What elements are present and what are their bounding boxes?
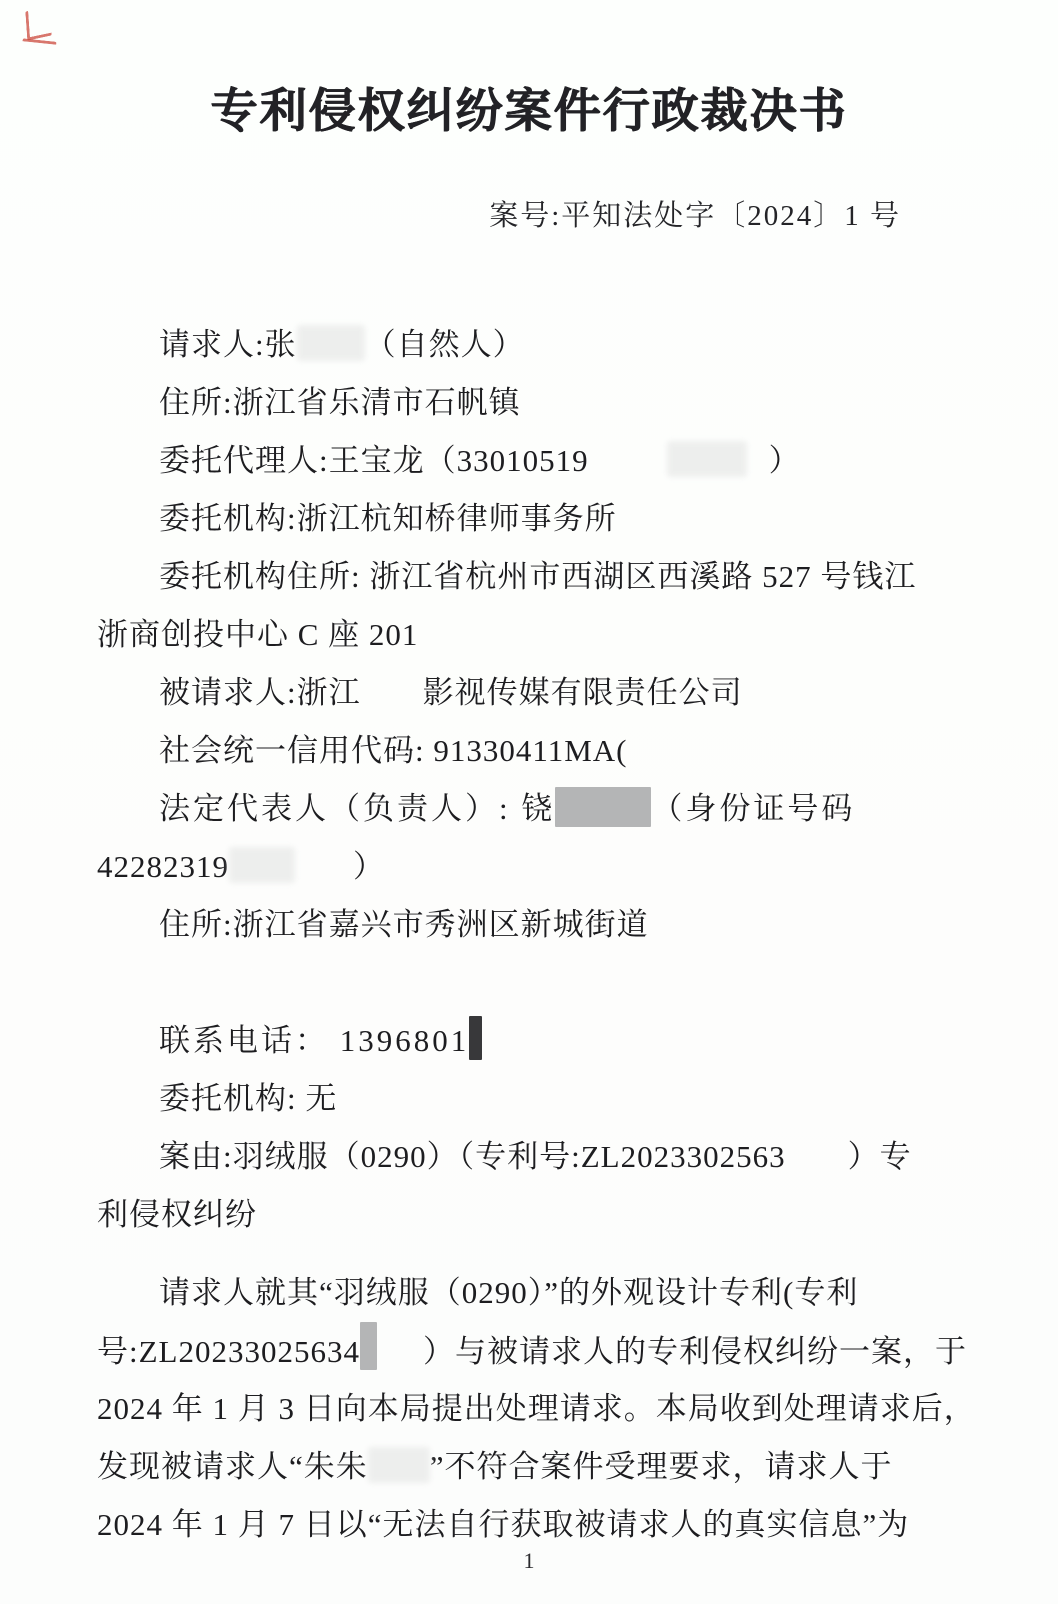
line-text: ）与被请求人的专利侵权纠纷一案，于	[423, 1334, 967, 1369]
line-text: 发现被请求人“朱朱	[97, 1449, 368, 1484]
line-text: 住所:浙江省嘉兴市秀洲区新城街道	[159, 907, 649, 942]
line-text: 社会统一信用代码: 91330411MA(	[159, 733, 628, 768]
document-line: 号:ZL20233025634）与被请求人的专利侵权纠纷一案，于	[97, 1322, 940, 1380]
document-line: 联系电话： 1396801	[97, 1012, 940, 1070]
redaction-block	[229, 847, 295, 883]
line-text: （自然人）	[365, 327, 525, 362]
document-line: 住所:浙江省嘉兴市秀洲区新城街道	[97, 896, 940, 954]
line-text: ”不符合案件受理要求，请求人于	[430, 1449, 893, 1484]
line-text: ）	[769, 443, 801, 478]
line-text: 影视传媒有限责任公司	[423, 675, 743, 710]
document-line: 委托机构:浙江杭知桥律师事务所	[97, 490, 940, 548]
document-line: 请求人就其“羽绒服（0290）”的外观设计专利(专利	[97, 1264, 940, 1322]
whitespace-gap	[295, 873, 353, 883]
line-text: 委托机构住所: 浙江省杭州市西湖区西溪路 527 号钱江	[159, 559, 916, 594]
document-title: 专利侵权纠纷案件行政裁决书	[0, 74, 1058, 141]
line-text: 请求人就其“羽绒服（0290）”的外观设计专利(专利	[159, 1275, 858, 1310]
whitespace-gap	[377, 1358, 423, 1368]
line-text: 2024 年 1 月 3 日向本局提出处理请求。本局收到处理请求后，	[97, 1391, 976, 1426]
line-text: 法定代表人（负责人）: 铙	[159, 791, 555, 826]
line-text: 浙商创投中心 C 座 201	[97, 617, 418, 652]
document-line: 发现被请求人“朱朱”不符合案件受理要求，请求人于	[97, 1438, 940, 1496]
whitespace-gap	[786, 1163, 848, 1173]
line-text: ）专	[848, 1139, 912, 1174]
line-text: 利侵权纠纷	[97, 1197, 257, 1232]
line-text: 住所:浙江省乐清市石帆镇	[159, 385, 521, 420]
redaction-block	[360, 1322, 377, 1370]
document-line: 案由:羽绒服（0290）（专利号:ZL2023302563）专	[97, 1128, 940, 1186]
document-body: 请求人:张（自然人）住所:浙江省乐清市石帆镇委托代理人:王宝龙（33010519…	[97, 316, 940, 1554]
line-text: 委托代理人:王宝龙（33010519	[159, 443, 589, 478]
document-line: 2024 年 1 月 7 日以“无法自行获取被请求人的真实信息”为	[97, 1496, 940, 1554]
scanned-document-page: 专利侵权纠纷案件行政裁决书 案号:平知法处字〔2024〕1 号 请求人:张（自然…	[0, 0, 1058, 1604]
blank-line	[97, 954, 940, 1012]
document-line: 42282319）	[97, 838, 940, 896]
redaction-block	[297, 325, 365, 361]
line-text: 联系电话： 1396801	[159, 1023, 469, 1058]
redaction-block	[667, 441, 747, 477]
document-line: 浙商创投中心 C 座 201	[97, 606, 940, 664]
document-line: 社会统一信用代码: 91330411MA(	[97, 722, 940, 780]
line-text: ）	[353, 849, 385, 884]
redaction-block	[469, 1016, 482, 1060]
document-line: 住所:浙江省乐清市石帆镇	[97, 374, 940, 432]
line-text: 委托机构:浙江杭知桥律师事务所	[159, 501, 617, 536]
page-number: 1	[0, 1548, 1058, 1574]
line-text: 2024 年 1 月 7 日以“无法自行获取被请求人的真实信息”为	[97, 1507, 909, 1542]
document-line: 委托机构住所: 浙江省杭州市西湖区西溪路 527 号钱江	[97, 548, 940, 606]
line-text: 号:ZL20233025634	[97, 1334, 360, 1369]
line-text: 委托机构: 无	[159, 1081, 337, 1116]
line-text: 案由:羽绒服（0290）（专利号:ZL2023302563	[159, 1139, 786, 1174]
line-text: （身份证号码	[651, 791, 855, 826]
line-text: 请求人:张	[159, 327, 297, 362]
document-line: 请求人:张（自然人）	[97, 316, 940, 374]
case-number: 案号:平知法处字〔2024〕1 号	[489, 193, 901, 234]
document-line: 利侵权纠纷	[97, 1186, 940, 1244]
whitespace-gap	[589, 467, 667, 477]
redaction-block	[555, 787, 651, 827]
document-line: 委托机构: 无	[97, 1070, 940, 1128]
whitespace-gap	[361, 699, 423, 709]
document-line: 被请求人:浙江影视传媒有限责任公司	[97, 664, 940, 722]
document-line: 委托代理人:王宝龙（33010519）	[97, 432, 940, 490]
document-line: 2024 年 1 月 3 日向本局提出处理请求。本局收到处理请求后，	[97, 1380, 940, 1438]
line-text: 42282319	[97, 849, 229, 884]
red-pen-mark	[21, 38, 56, 54]
redaction-block	[368, 1447, 430, 1483]
red-pen-mark	[25, 6, 51, 40]
line-text: 被请求人:浙江	[159, 675, 361, 710]
document-line: 法定代表人（负责人）: 铙（身份证号码	[97, 780, 940, 838]
whitespace-gap	[747, 467, 769, 477]
